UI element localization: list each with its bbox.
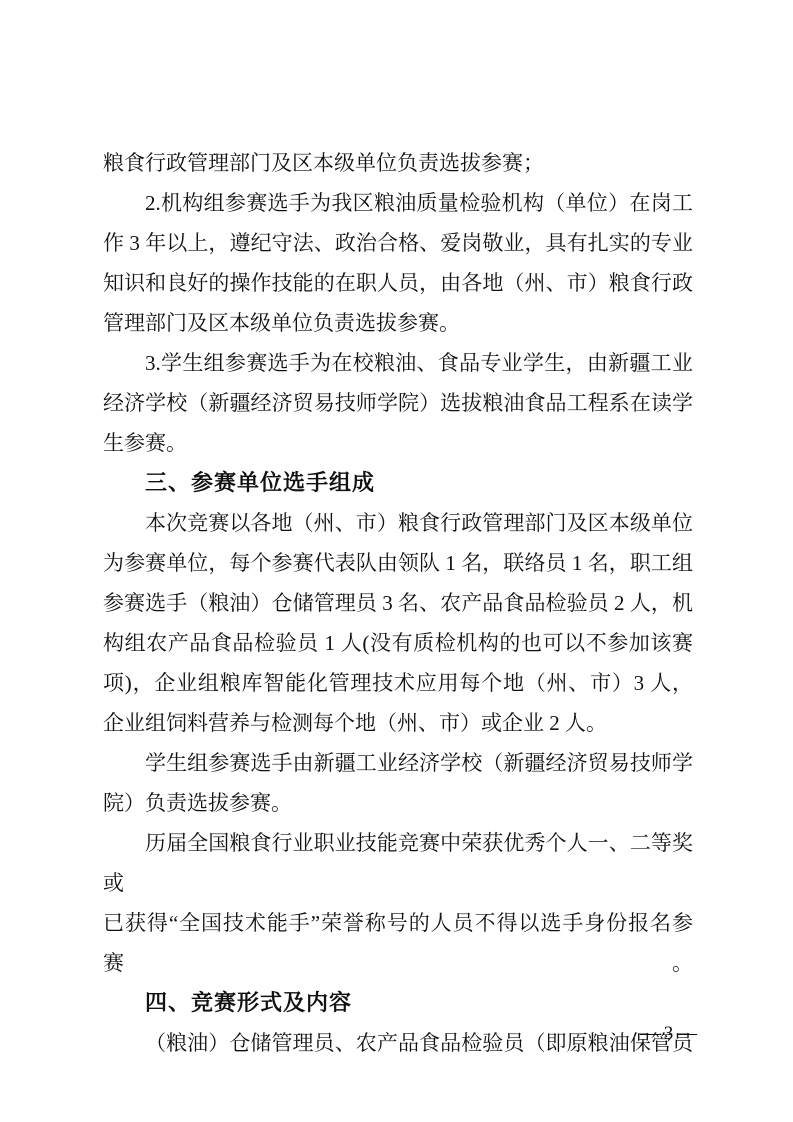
text-line: 生参赛。	[103, 423, 693, 463]
page-body: 粮食行政管理部门及区本级单位负责选拔参赛； 2.机构组参赛选手为我区粮油质量检验…	[103, 143, 693, 1063]
text-line: 粮食行政管理部门及区本级单位负责选拔参赛；	[103, 143, 693, 183]
text-line: 知识和良好的操作技能的在职人员，由各地（州、市）粮食行政	[103, 263, 693, 303]
text-line: 为参赛单位，每个参赛代表队由领队 1 名，联络员 1 名，职工组	[103, 543, 693, 583]
text-line: 项)，企业组粮库智能化管理技术应用每个地（州、市）3 人，	[103, 663, 693, 703]
text-line: 3.学生组参赛选手为在校粮油、食品专业学生，由新疆工业	[103, 343, 693, 383]
section-heading-4: 四、竞赛形式及内容	[103, 983, 693, 1023]
text-line: （粮油）仓储管理员、农产品食品检验员（即原粮油保管员	[103, 1023, 693, 1063]
document-page: 粮食行政管理部门及区本级单位负责选拔参赛； 2.机构组参赛选手为我区粮油质量检验…	[0, 0, 793, 1122]
section-heading-3: 三、参赛单位选手组成	[103, 463, 693, 503]
text-line: 作 3 年以上，遵纪守法、政治合格、爱岗敬业，具有扎实的专业	[103, 223, 693, 263]
text-line: 经济学校（新疆经济贸易技师学院）选拔粮油食品工程系在读学	[103, 383, 693, 423]
text-line: 参赛选手（粮油）仓储管理员 3 名、农产品食品检验员 2 人，机	[103, 583, 693, 623]
text-line: 本次竞赛以各地（州、市）粮食行政管理部门及区本级单位	[103, 503, 693, 543]
text-line: 管理部门及区本级单位负责选拔参赛。	[103, 303, 693, 343]
text-line: 已获得“全国技术能手”荣誉称号的人员不得以选手身份报名参赛。	[103, 903, 693, 983]
text-line: 历届全国粮食行业职业技能竞赛中荣获优秀个人一、二等奖或	[103, 823, 693, 903]
text-line: 2.机构组参赛选手为我区粮油质量检验机构（单位）在岗工	[103, 183, 693, 223]
text-line: 学生组参赛选手由新疆工业经济学校（新疆经济贸易技师学	[103, 743, 693, 783]
page-number: — 3 —	[640, 1022, 697, 1046]
text-line: 企业组饲料营养与检测每个地（州、市）或企业 2 人。	[103, 703, 693, 743]
text-line: 构组农产品食品检验员 1 人(没有质检机构的也可以不参加该赛	[103, 623, 693, 663]
text-line: 院）负责选拔参赛。	[103, 783, 693, 823]
